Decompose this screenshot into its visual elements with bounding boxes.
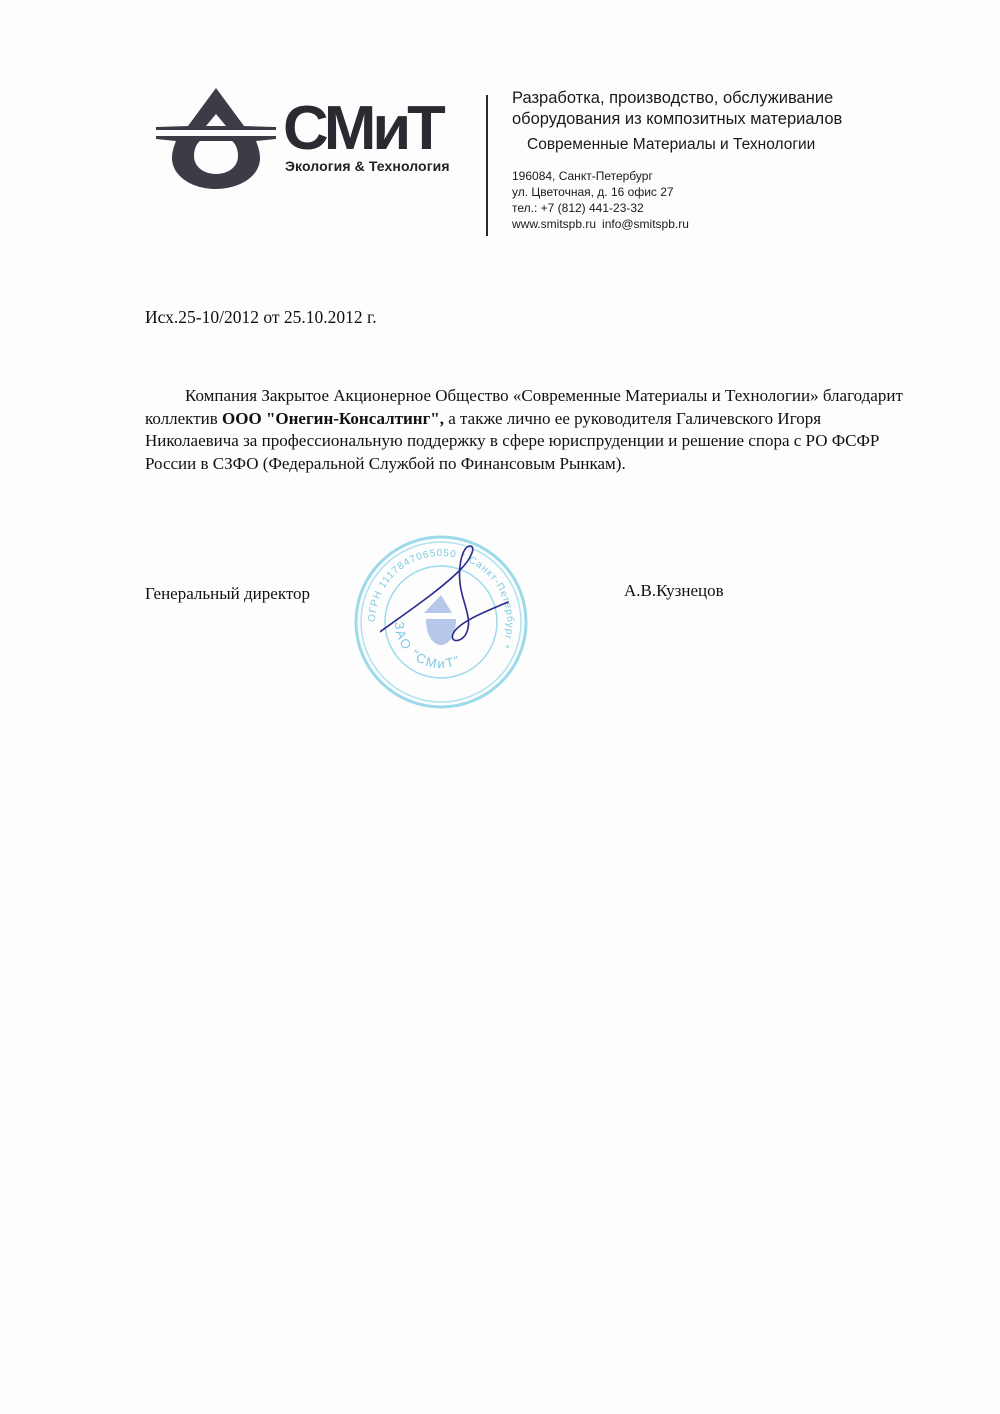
brand-name: СМиТ <box>283 98 442 160</box>
street-address: ул. Цветочная, д. 16 офис 27 <box>512 184 689 200</box>
phone-number: тел.: +7 (812) 441-23-32 <box>512 200 689 216</box>
letterhead-divider <box>486 95 488 236</box>
signer-title: Генеральный директор <box>145 584 310 604</box>
letter-body: Компания Закрытое Акционерное Общество «… <box>145 385 915 475</box>
company-full-name: Современные Материалы и Технологии <box>527 136 815 154</box>
email-link[interactable]: info@smitspb.ru <box>602 217 689 231</box>
outgoing-reference: Исх.25-10/2012 от 25.10.2012 г. <box>145 307 377 328</box>
body-paragraph: Компания Закрытое Акционерное Общество «… <box>145 385 915 475</box>
body-highlight-company: ООО "Онегин-Консалтинг", <box>222 409 444 428</box>
signer-name: А.В.Кузнецов <box>624 581 724 601</box>
postal-address: 196084, Санкт-Петербург <box>512 168 689 184</box>
company-description: Разработка, производство, обслуживание о… <box>512 88 842 130</box>
company-contacts: 196084, Санкт-Петербург ул. Цветочная, д… <box>512 168 689 232</box>
brand-tagline: Экология & Технология <box>285 158 450 174</box>
letter-page: СМиТ Экология & Технология Разработка, п… <box>0 0 1000 1414</box>
drop-triangle-ring-logo-icon <box>152 86 280 190</box>
handwritten-signature-icon <box>380 540 530 660</box>
description-line: Разработка, производство, обслуживание <box>512 88 842 109</box>
description-line: оборудования из композитных материалов <box>512 109 842 130</box>
website-link[interactable]: www.smitspb.ru <box>512 217 596 231</box>
